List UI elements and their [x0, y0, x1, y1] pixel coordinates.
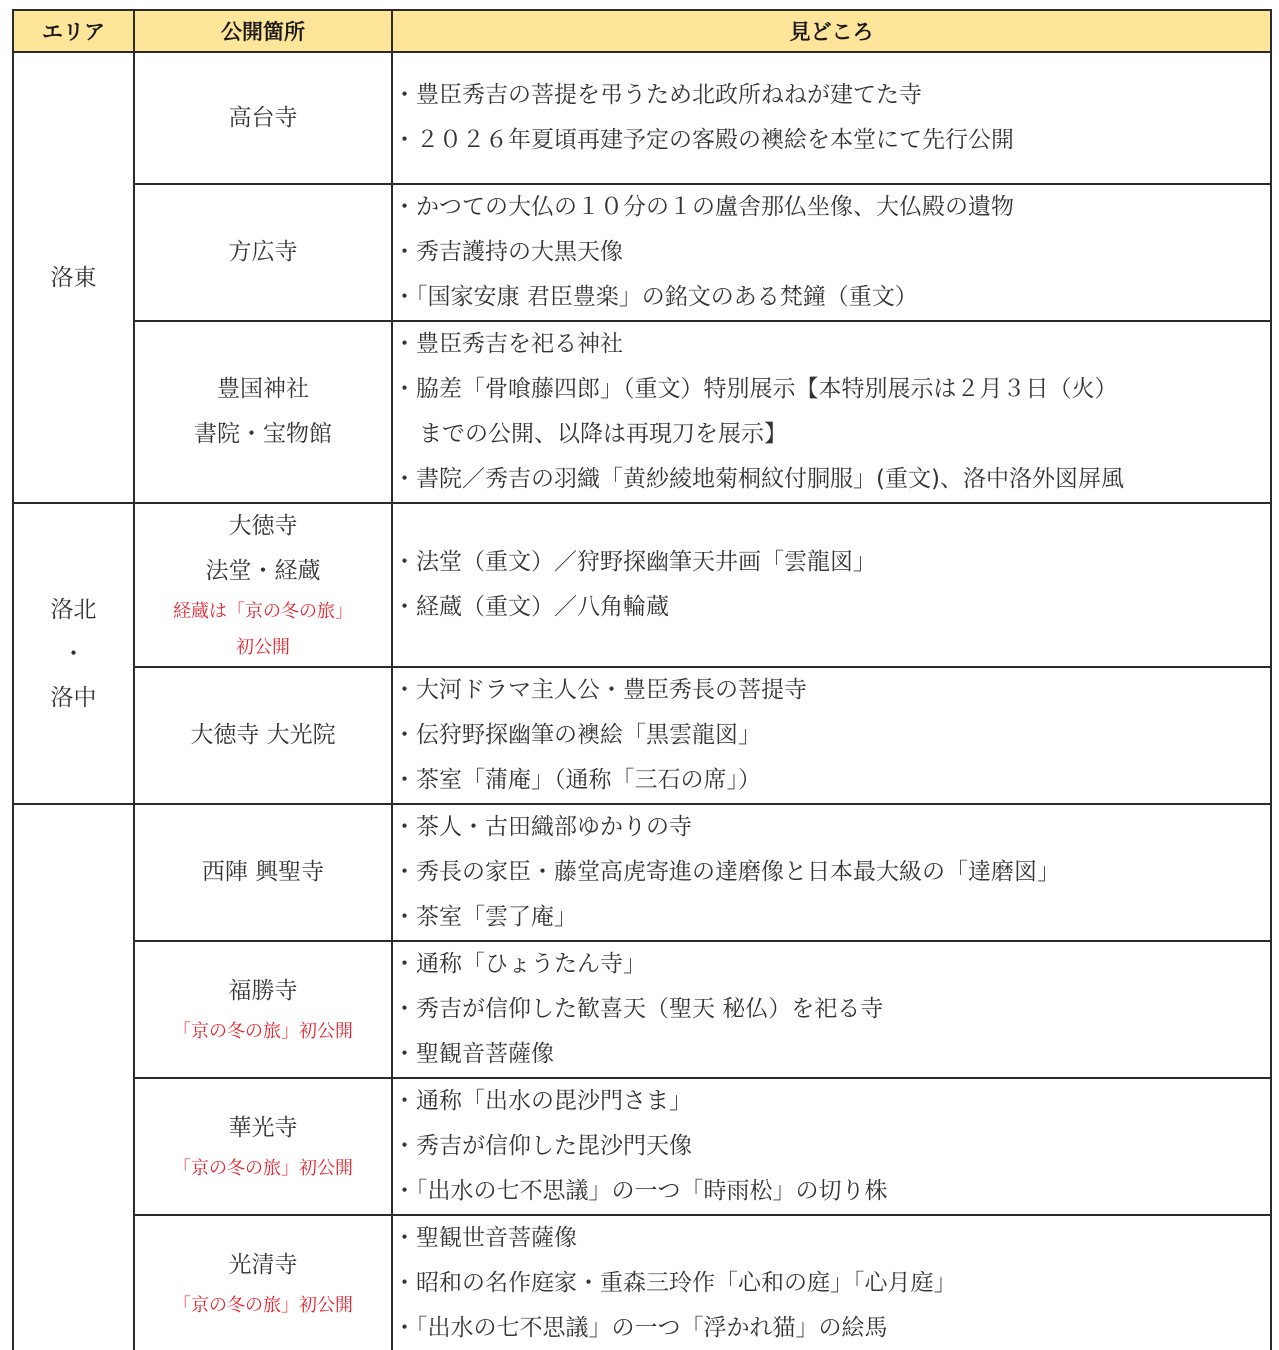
area-label-line: 洛北 — [14, 588, 133, 632]
highlight-item: ・秀吉が信仰した毘沙門天像 — [393, 1124, 1270, 1169]
place-name: 豊国神社 — [135, 367, 391, 412]
highlight-item: ・通称「ひょうたん寺」 — [393, 942, 1270, 987]
highlight-item: ・伝狩野探幽筆の襖絵「黒雲龍図」 — [393, 713, 1270, 758]
table-row: 洛北 ・ 洛中 大徳寺 法堂・経蔵 経蔵は「京の冬の旅」 初公開 ・法堂（重文）… — [13, 503, 1271, 667]
place-cell: 豊国神社 書院・宝物館 — [134, 321, 392, 503]
highlight-item: ・かつての大仏の１０分の１の盧舎那仏坐像、大仏殿の遺物 — [393, 185, 1270, 230]
area-label: 洛東 — [51, 265, 97, 291]
highlight-item: ・豊臣秀吉の菩提を弔うため北政所ねねが建てた寺 — [393, 73, 1270, 118]
place-cell: 西陣 興聖寺 — [134, 804, 392, 941]
place-name: 華光寺 — [135, 1106, 391, 1151]
highlight-item: ・経蔵（重文）／八角輪蔵 — [393, 585, 1270, 630]
place-name-sub: 書院・宝物館 — [135, 412, 391, 457]
place-name: 大徳寺 大光院 — [135, 713, 391, 758]
place-name: 大徳寺 — [135, 504, 391, 549]
place-name: 高台寺 — [135, 96, 391, 141]
table-row: 方広寺 ・かつての大仏の１０分の１の盧舎那仏坐像、大仏殿の遺物 ・秀吉護持の大黒… — [13, 184, 1271, 321]
place-cell: 大徳寺 大光院 — [134, 667, 392, 804]
table-row: 華光寺 「京の冬の旅」初公開 ・通称「出水の毘沙門さま」 ・秀吉が信仰した毘沙門… — [13, 1078, 1271, 1215]
temple-guide-table: エリア 公開箇所 見どころ 洛東 高台寺 ・豊臣秀吉の菩提を弔うため北政所ねねが… — [12, 9, 1272, 1350]
area-cell-rakuhoku-rakuchu: 洛北 ・ 洛中 — [13, 503, 134, 804]
table-row: 大徳寺 大光院 ・大河ドラマ主人公・豊臣秀長の菩提寺 ・伝狩野探幽筆の襖絵「黒雲… — [13, 667, 1271, 804]
header-row: エリア 公開箇所 見どころ — [13, 10, 1271, 52]
highlight-item: ・茶室「雲了庵」 — [393, 895, 1270, 940]
highlight-item: ・法堂（重文）／狩野探幽筆天井画「雲龍図」 — [393, 540, 1270, 585]
table-row: 洛東 高台寺 ・豊臣秀吉の菩提を弔うため北政所ねねが建てた寺 ・２０２６年夏頃再… — [13, 52, 1271, 184]
highlights-cell: ・法堂（重文）／狩野探幽筆天井画「雲龍図」 ・経蔵（重文）／八角輪蔵 — [392, 503, 1271, 667]
table-row: 豊国神社 書院・宝物館 ・豊臣秀吉を祀る神社 ・脇差「骨喰藤四郎」（重文）特別展… — [13, 321, 1271, 503]
highlights-cell: ・茶人・古田織部ゆかりの寺 ・秀長の家臣・藤堂高虎寄進の達磨像と日本最大級の「達… — [392, 804, 1271, 941]
highlight-item: ・茶室「蒲庵」（通称「三石の席」） — [393, 758, 1270, 803]
highlight-item: ・秀吉護持の大黒天像 — [393, 230, 1270, 275]
table-row: 福勝寺 「京の冬の旅」初公開 ・通称「ひょうたん寺」 ・秀吉が信仰した歓喜天（聖… — [13, 941, 1271, 1078]
place-cell: 大徳寺 法堂・経蔵 経蔵は「京の冬の旅」 初公開 — [134, 503, 392, 667]
highlight-item: ・昭和の名作庭家・重森三玲作「心和の庭」「心月庭」 — [393, 1261, 1270, 1306]
highlight-item: ・茶人・古田織部ゆかりの寺 — [393, 805, 1270, 850]
area-label-line: 洛中 — [14, 676, 133, 720]
first-public-note: 経蔵は「京の冬の旅」 — [135, 594, 391, 630]
first-public-note: 初公開 — [135, 630, 391, 666]
place-name-sub: 法堂・経蔵 — [135, 549, 391, 594]
highlight-item: ・豊臣秀吉を祀る神社 — [393, 322, 1270, 367]
highlight-item: ・書院／秀吉の羽織「黄紗綾地菊桐紋付胴服」(重文)、洛中洛外図屏風 — [393, 457, 1270, 502]
highlight-item: ・大河ドラマ主人公・豊臣秀長の菩提寺 — [393, 668, 1270, 713]
highlights-cell: ・かつての大仏の１０分の１の盧舎那仏坐像、大仏殿の遺物 ・秀吉護持の大黒天像 ・… — [392, 184, 1271, 321]
header-highlights: 見どころ — [392, 10, 1271, 52]
highlights-cell: ・通称「出水の毘沙門さま」 ・秀吉が信仰した毘沙門天像 ・「出水の七不思議」の一… — [392, 1078, 1271, 1215]
first-public-note: 「京の冬の旅」初公開 — [135, 1288, 391, 1324]
highlight-item: ・「出水の七不思議」の一つ「浮かれ猫」の絵馬 — [393, 1306, 1270, 1350]
table-row: 西陣 興聖寺 ・茶人・古田織部ゆかりの寺 ・秀長の家臣・藤堂高虎寄進の達磨像と日… — [13, 804, 1271, 941]
continuation-text: までの公開、以降は再現刀を展示】 — [393, 421, 787, 447]
highlights-cell: ・豊臣秀吉を祀る神社 ・脇差「骨喰藤四郎」（重文）特別展示【本特別展示は２月３日… — [392, 321, 1271, 503]
highlight-item-continued: までの公開、以降は再現刀を展示】 — [393, 412, 1270, 457]
first-public-note: 「京の冬の旅」初公開 — [135, 1151, 391, 1187]
highlights-cell: ・通称「ひょうたん寺」 ・秀吉が信仰した歓喜天（聖天 秘仏）を祀る寺 ・聖観音菩… — [392, 941, 1271, 1078]
highlights-cell: ・大河ドラマ主人公・豊臣秀長の菩提寺 ・伝狩野探幽筆の襖絵「黒雲龍図」 ・茶室「… — [392, 667, 1271, 804]
place-name: 光清寺 — [135, 1243, 391, 1288]
place-name: 方広寺 — [135, 230, 391, 275]
highlight-item: ・聖観音菩薩像 — [393, 1032, 1270, 1077]
highlight-item: ・秀吉が信仰した歓喜天（聖天 秘仏）を祀る寺 — [393, 987, 1270, 1032]
place-cell: 華光寺 「京の冬の旅」初公開 — [134, 1078, 392, 1215]
area-cell-rakuto: 洛東 — [13, 52, 134, 503]
highlight-item: ・「国家安康 君臣豊楽」の銘文のある梵鐘（重文） — [393, 275, 1270, 320]
highlights-cell: ・豊臣秀吉の菩提を弔うため北政所ねねが建てた寺 ・２０２６年夏頃再建予定の客殿の… — [392, 52, 1271, 184]
highlight-item: ・秀長の家臣・藤堂高虎寄進の達磨像と日本最大級の「達磨図」 — [393, 850, 1270, 895]
header-place: 公開箇所 — [134, 10, 392, 52]
place-cell: 福勝寺 「京の冬の旅」初公開 — [134, 941, 392, 1078]
highlight-item: ・２０２６年夏頃再建予定の客殿の襖絵を本堂にて先行公開 — [393, 118, 1270, 163]
first-public-note: 「京の冬の旅」初公開 — [135, 1014, 391, 1050]
table-row: 光清寺 「京の冬の旅」初公開 ・聖観世音菩薩像 ・昭和の名作庭家・重森三玲作「心… — [13, 1215, 1271, 1350]
place-cell: 方広寺 — [134, 184, 392, 321]
header-area: エリア — [13, 10, 134, 52]
place-name: 福勝寺 — [135, 969, 391, 1014]
area-label-separator: ・ — [14, 632, 133, 676]
highlight-item: ・通称「出水の毘沙門さま」 — [393, 1079, 1270, 1124]
place-cell: 高台寺 — [134, 52, 392, 184]
place-name: 西陣 興聖寺 — [135, 850, 391, 895]
highlight-item: ・脇差「骨喰藤四郎」（重文）特別展示【本特別展示は２月３日（火） — [393, 367, 1270, 412]
highlight-item: ・聖観世音菩薩像 — [393, 1216, 1270, 1261]
highlight-item: ・「出水の七不思議」の一つ「時雨松」の切り株 — [393, 1169, 1270, 1214]
area-cell-blank — [13, 804, 134, 1350]
place-cell: 光清寺 「京の冬の旅」初公開 — [134, 1215, 392, 1350]
highlights-cell: ・聖観世音菩薩像 ・昭和の名作庭家・重森三玲作「心和の庭」「心月庭」 ・「出水の… — [392, 1215, 1271, 1350]
